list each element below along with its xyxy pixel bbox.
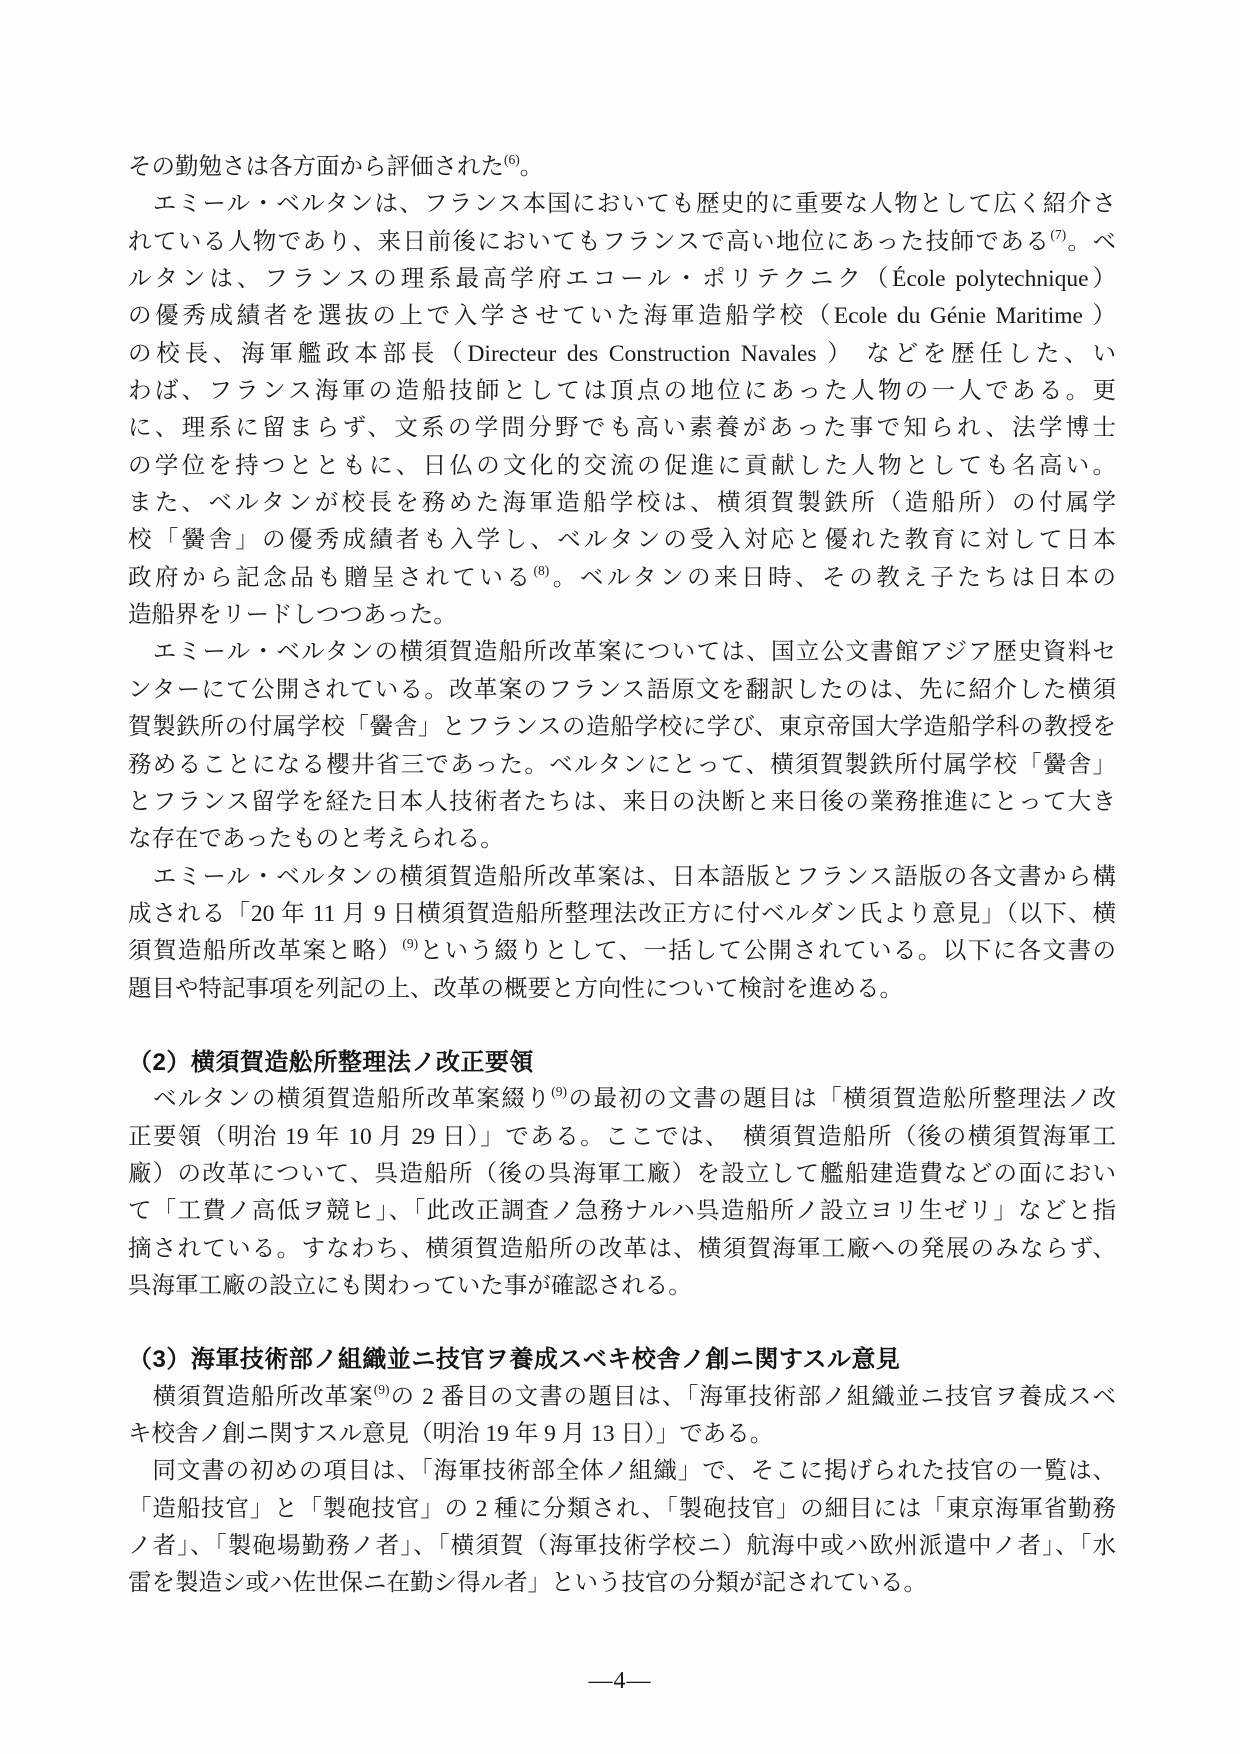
text-line: キ校舎ノ創ニ関すスル意見（明治 19 年 9 月 13 日）」である。 — [128, 1416, 1116, 1453]
text-run: て「工費ノ高低ヲ競ヒ」、「此改正調査ノ急務ナルハ呉造船所ノ設立ヨリ生ゼリ」などと… — [128, 1198, 1116, 1224]
text-line: その勤勉さは各方面から評価された(6)。 — [128, 149, 1116, 186]
text-line: （2）横須賀造舩所整理法ノ改正要領 — [128, 1044, 1116, 1081]
text-run: エミール・ベルタンは、フランス本国においても歴史的に重要な人物として広く紹介さ — [128, 191, 1116, 217]
text-line: 「造船技官」と「製砲技官」の 2 種に分類され、「製砲技官」の細目には「東京海軍… — [128, 1491, 1116, 1528]
text-line: の優秀成績者を選抜の上で入学させていた海軍造船学校（Ecole du Génie… — [128, 298, 1116, 335]
text-run: わば、フランス海軍の造船技師としては頂点の地位にあった人物の一人である。更 — [128, 378, 1116, 404]
text-line: エミール・ベルタンの横須賀造船所改革案については、国立公文書館アジア歴史資料セ — [128, 634, 1116, 671]
text-line: とフランス留学を経た日本人技術者たちは、来日の決断と来日後の業務推進にとって大き — [128, 784, 1116, 821]
text-run: 雷を製造シ或ハ佐世保ニ在勤シ得ル者」という技官の分類が記されている。 — [128, 1570, 927, 1596]
text-line: ルタンは、フランスの理系最高学府エコール・ポリテクニク（École polyte… — [128, 261, 1116, 298]
text-run: れている人物であり、来日前後においてもフランスで高い地位にあった技師である — [128, 229, 1050, 255]
text-line: 成される「20 年 11 月 9 日横須賀造船所整理法改正方に付ベルダン氏より意… — [128, 896, 1116, 933]
text-run: とフランス留学を経た日本人技術者たちは、来日の決断と来日後の業務推進にとって大き — [128, 789, 1116, 815]
text-line: エミール・ベルタンの横須賀造船所改革案は、日本語版とフランス語版の各文書から構 — [128, 859, 1116, 896]
text-line: 正要領（明治 19 年 10 月 29 日）」である。ここでは、 横須賀造船所（… — [128, 1119, 1116, 1156]
text-line: 賀製鉄所の付属学校「黌舎」とフランスの造船学校に学び、東京帝国大学造船学科の教授… — [128, 709, 1116, 746]
text-run: 横須賀造船所改革案 — [128, 1384, 374, 1410]
text-run: （3）海軍技術部ノ組織並ニ技官ヲ養成スベキ校舎ノ創ニ関すスル意見 — [128, 1346, 900, 1373]
section-heading: （2）横須賀造舩所整理法ノ改正要領 — [128, 1044, 1116, 1081]
footnote-ref: (9) — [551, 1084, 567, 1099]
text-line: れている人物であり、来日前後においてもフランスで高い地位にあった技師である(7)… — [128, 224, 1116, 261]
text-run: その勤勉さは各方面から評価された — [128, 154, 504, 180]
text-line: 須賀造船所改革案と略）(9)という綴りとして、一括して公開されている。以下に各文… — [128, 933, 1116, 970]
text-line: 雷を製造シ或ハ佐世保ニ在勤シ得ル者」という技官の分類が記されている。 — [128, 1565, 1116, 1602]
text-run: の優秀成績者を選抜の上で入学させていた海軍造船学校（Ecole du Génie… — [128, 303, 1116, 329]
text-run: （2）横須賀造舩所整理法ノ改正要領 — [128, 1049, 534, 1076]
text-run: ルタンは、フランスの理系最高学府エコール・ポリテクニク（École polyte… — [128, 266, 1116, 292]
text-run: の校長、海軍艦政本部長（Directeur des Construction N… — [128, 341, 1116, 367]
text-run: 。ベ — [1066, 229, 1116, 255]
text-line: の校長、海軍艦政本部長（Directeur des Construction N… — [128, 336, 1116, 373]
text-run: の 2 番目の文書の題目は、「海軍技術部ノ組織並ニ技官ヲ養成スベ — [389, 1384, 1116, 1410]
text-line: 造船界をリードしつつあった。 — [128, 597, 1116, 634]
footnote-ref: (9) — [402, 936, 418, 951]
scanned-document-page: その勤勉さは各方面から評価された(6)。 エミール・ベルタンは、フランス本国にお… — [0, 0, 1240, 1754]
text-run: 廠）の改革について、呉造船所（後の呉海軍工廠）を設立して艦船建造費などの面におい — [128, 1161, 1116, 1187]
text-run: の最初の文書の題目は「横須賀造舩所整理法ノ改 — [567, 1086, 1116, 1112]
text-run: 「造船技官」と「製砲技官」の 2 種に分類され、「製砲技官」の細目には「東京海軍… — [128, 1496, 1116, 1522]
text-run: の学位を持つとともに、日仏の文化的交流の促進に貢献した人物としても名高い。 — [128, 453, 1116, 479]
text-run: 校「黌舎」の優秀成績者も入学し、ベルタンの受入対応と優れた教育に対して日本 — [128, 527, 1116, 553]
text-run: 賀製鉄所の付属学校「黌舎」とフランスの造船学校に学び、東京帝国大学造船学科の教授… — [128, 714, 1116, 740]
text-run: また、ベルタンが校長を務めた海軍造船学校は、横須賀製鉄所（造船所）の付属学 — [128, 490, 1116, 516]
text-run: 。 — [520, 154, 544, 180]
text-line: 題目や特記事項を列記の上、改革の概要と方向性について検討を進める。 — [128, 971, 1116, 1008]
text-line: ノ者」、「製砲場勤務ノ者」、「横須賀（海軍技術学校ニ）航海中或ハ欧州派遣中ノ者」… — [128, 1528, 1116, 1565]
text-line: また、ベルタンが校長を務めた海軍造船学校は、横須賀製鉄所（造船所）の付属学 — [128, 485, 1116, 522]
footnote-ref: (9) — [374, 1382, 390, 1397]
text-line: に、理系に留まらず、文系の学問分野でも高い素養があった事で知られ、法学博士 — [128, 410, 1116, 447]
text-run: 摘されている。すなわち、横須賀造船所の改革は、横須賀海軍工廠への発展のみならず、 — [128, 1236, 1116, 1262]
text-run: 造船界をリードしつつあった。 — [128, 602, 457, 628]
document-body: その勤勉さは各方面から評価された(6)。 エミール・ベルタンは、フランス本国にお… — [128, 149, 1116, 1603]
text-run: エミール・ベルタンの横須賀造船所改革案については、国立公文書館アジア歴史資料セ — [128, 639, 1116, 665]
text-line: 校「黌舎」の優秀成績者も入学し、ベルタンの受入対応と優れた教育に対して日本 — [128, 522, 1116, 559]
text-run: 成される「20 年 11 月 9 日横須賀造船所整理法改正方に付ベルダン氏より意… — [128, 901, 1116, 927]
text-line: 政府から記念品も贈呈されている(8)。ベルタンの来日時、その教え子たちは日本の — [128, 560, 1116, 597]
text-line: 務めることになる櫻井省三であった。ベルタンにとって、横須賀製鉄所付属学校「黌舎」 — [128, 747, 1116, 784]
text-run: ノ者」、「製砲場勤務ノ者」、「横須賀（海軍技術学校ニ）航海中或ハ欧州派遣中ノ者」… — [128, 1533, 1116, 1559]
text-line: 摘されている。すなわち、横須賀造船所の改革は、横須賀海軍工廠への発展のみならず、 — [128, 1231, 1116, 1268]
text-run: キ校舎ノ創ニ関すスル意見（明治 19 年 9 月 13 日）」である。 — [128, 1421, 773, 1447]
text-line: 廠）の改革について、呉造船所（後の呉海軍工廠）を設立して艦船建造費などの面におい — [128, 1156, 1116, 1193]
text-run: 正要領（明治 19 年 10 月 29 日）」である。ここでは、 横須賀造船所（… — [128, 1124, 1116, 1150]
text-line: ベルタンの横須賀造船所改革案綴り(9)の最初の文書の題目は「横須賀造舩所整理法ノ… — [128, 1081, 1116, 1118]
text-run: という綴りとして、一括して公開されている。以下に各文書の — [418, 938, 1116, 964]
paragraph: その勤勉さは各方面から評価された(6)。 — [128, 149, 1116, 186]
text-line: （3）海軍技術部ノ組織並ニ技官ヲ養成スベキ校舎ノ創ニ関すスル意見 — [128, 1341, 1116, 1378]
text-line: 横須賀造船所改革案(9)の 2 番目の文書の題目は、「海軍技術部ノ組織並ニ技官ヲ… — [128, 1379, 1116, 1416]
text-line: 同文書の初めの項目は、「海軍技術部全体ノ組織」で、そこに掲げられた技官の一覧は、 — [128, 1453, 1116, 1490]
text-line: エミール・ベルタンは、フランス本国においても歴史的に重要な人物として広く紹介さ — [128, 186, 1116, 223]
text-run: な存在であったものと考えられる。 — [128, 826, 504, 852]
text-run: ンターにて公開されている。改革案のフランス語原文を翻訳したのは、先に紹介した横須 — [128, 677, 1116, 703]
paragraph: 横須賀造船所改革案(9)の 2 番目の文書の題目は、「海軍技術部ノ組織並ニ技官ヲ… — [128, 1379, 1116, 1454]
text-run: に、理系に留まらず、文系の学問分野でも高い素養があった事で知られ、法学博士 — [128, 415, 1116, 441]
paragraph: ベルタンの横須賀造船所改革案綴り(9)の最初の文書の題目は「横須賀造舩所整理法ノ… — [128, 1081, 1116, 1305]
text-line: て「工費ノ高低ヲ競ヒ」、「此改正調査ノ急務ナルハ呉造船所ノ設立ヨリ生ゼリ」などと… — [128, 1193, 1116, 1230]
footnote-ref: (7) — [1050, 227, 1066, 242]
text-line: 呉海軍工廠の設立にも関わっていた事が確認される。 — [128, 1268, 1116, 1305]
text-run: 題目や特記事項を列記の上、改革の概要と方向性について検討を進める。 — [128, 976, 903, 1002]
text-run: 同文書の初めの項目は、「海軍技術部全体ノ組織」で、そこに掲げられた技官の一覧は、 — [128, 1458, 1116, 1484]
text-run: 政府から記念品も贈呈されている — [128, 565, 534, 591]
text-line: の学位を持つとともに、日仏の文化的交流の促進に貢献した人物としても名高い。 — [128, 448, 1116, 485]
footnote-ref: (6) — [504, 152, 520, 167]
text-run: 。ベルタンの来日時、その教え子たちは日本の — [549, 565, 1116, 591]
paragraph: エミール・ベルタンの横須賀造船所改革案は、日本語版とフランス語版の各文書から構成… — [128, 859, 1116, 1008]
text-line: な存在であったものと考えられる。 — [128, 821, 1116, 858]
section-heading: （3）海軍技術部ノ組織並ニ技官ヲ養成スベキ校舎ノ創ニ関すスル意見 — [128, 1341, 1116, 1378]
paragraph: エミール・ベルタンは、フランス本国においても歴史的に重要な人物として広く紹介され… — [128, 186, 1116, 634]
page-number: ―4― — [0, 1668, 1240, 1695]
text-run: エミール・ベルタンの横須賀造船所改革案は、日本語版とフランス語版の各文書から構 — [128, 864, 1116, 890]
text-run: ベルタンの横須賀造船所改革案綴り — [128, 1086, 551, 1112]
paragraph: エミール・ベルタンの横須賀造船所改革案については、国立公文書館アジア歴史資料セン… — [128, 634, 1116, 858]
footnote-ref: (8) — [534, 563, 550, 578]
paragraph: 同文書の初めの項目は、「海軍技術部全体ノ組織」で、そこに掲げられた技官の一覧は、… — [128, 1453, 1116, 1602]
text-run: 須賀造船所改革案と略） — [128, 938, 402, 964]
text-run: 呉海軍工廠の設立にも関わっていた事が確認される。 — [128, 1273, 692, 1299]
text-line: ンターにて公開されている。改革案のフランス語原文を翻訳したのは、先に紹介した横須 — [128, 672, 1116, 709]
text-run: 務めることになる櫻井省三であった。ベルタンにとって、横須賀製鉄所付属学校「黌舎」 — [128, 752, 1116, 778]
text-line: わば、フランス海軍の造船技師としては頂点の地位にあった人物の一人である。更 — [128, 373, 1116, 410]
